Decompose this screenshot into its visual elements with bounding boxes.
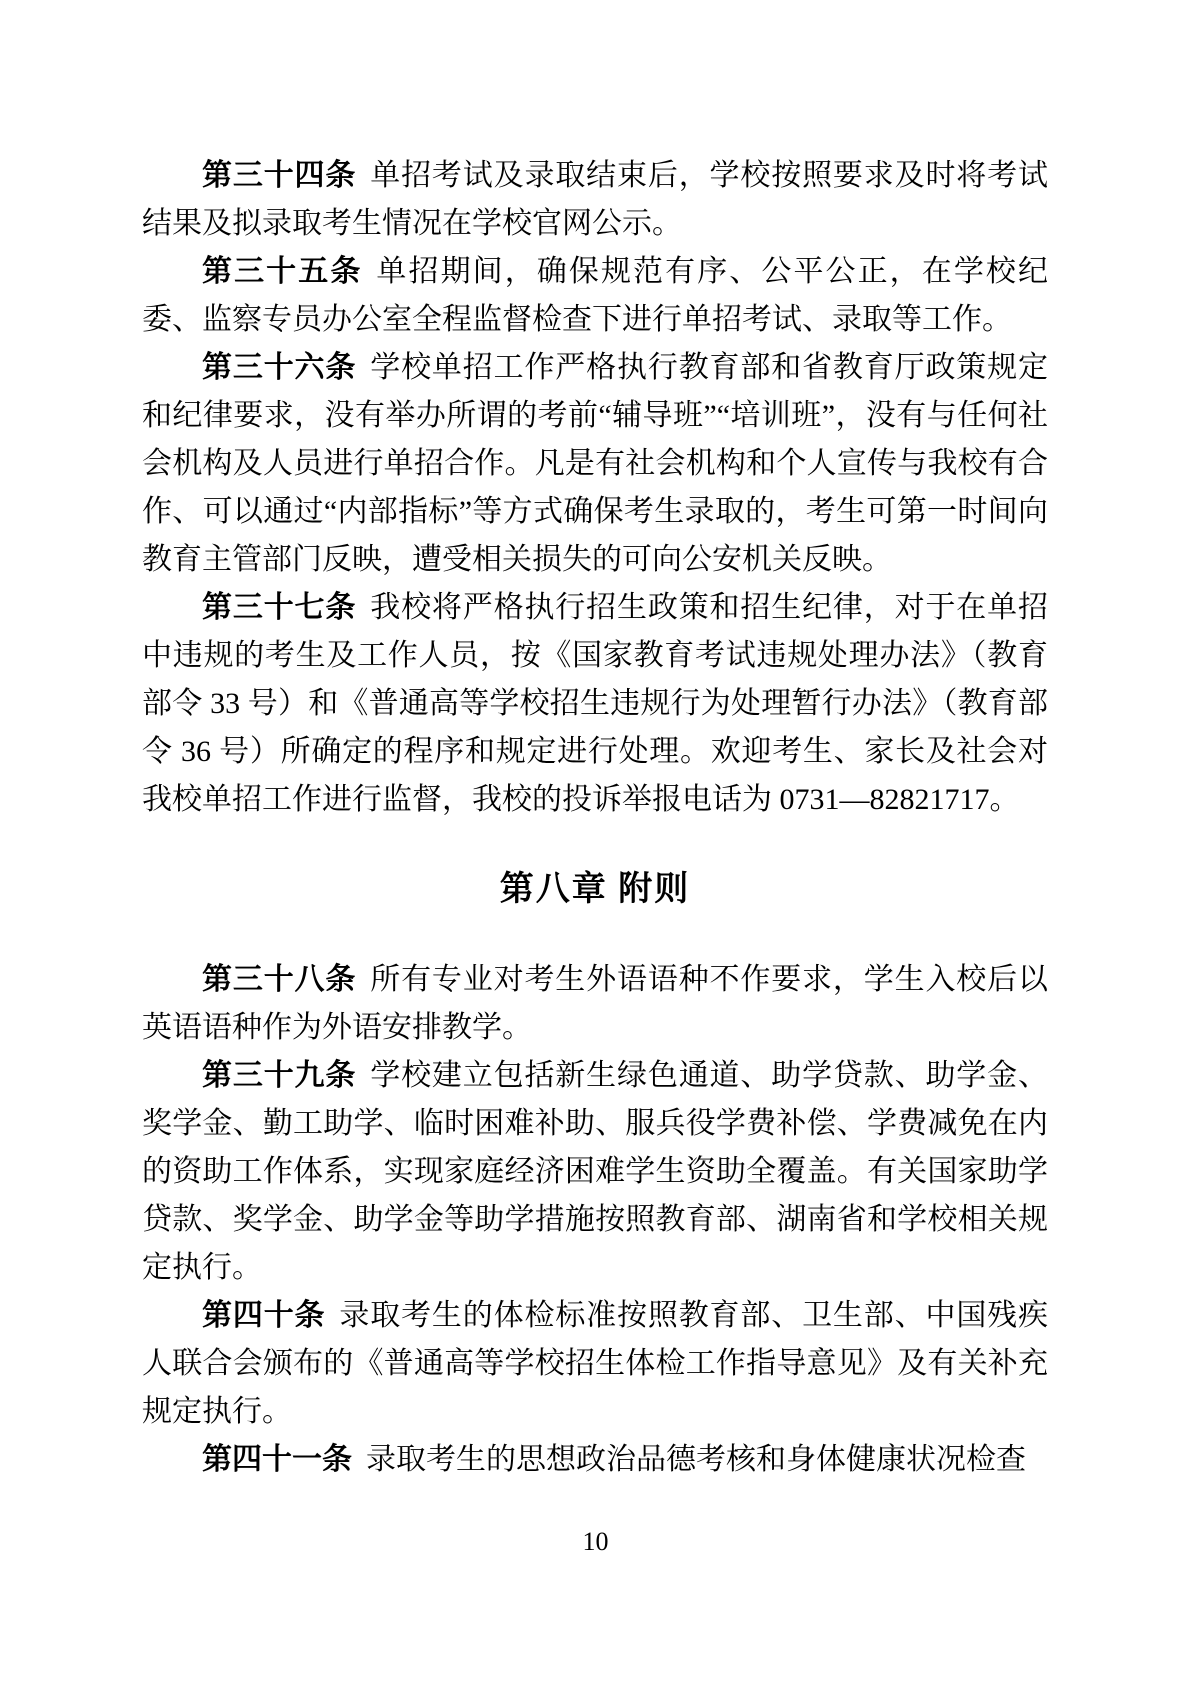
article-35-label: 第三十五条	[202, 255, 362, 288]
article-36-text: 学校单招工作严格执行教育部和省教育厅政策规定和纪律要求，没有举办所谓的考前“辅导…	[142, 351, 1048, 576]
article-39-paragraph: 第三十九条学校建立包括新生绿色通道、助学贷款、助学金、奖学金、勤工助学、临时困难…	[142, 1052, 1048, 1292]
article-36-paragraph: 第三十六条学校单招工作严格执行教育部和省教育厅政策规定和纪律要求，没有举办所谓的…	[142, 344, 1048, 584]
article-41-text: 录取考生的思想政治品德考核和身体健康状况检查	[366, 1443, 1026, 1476]
article-39-label: 第三十九条	[202, 1059, 356, 1092]
document-body: 第三十四条单招考试及录取结束后，学校按照要求及时将考试结果及拟录取考生情况在学校…	[142, 152, 1048, 1484]
article-37-text: 我校将严格执行招生政策和招生纪律，对于在单招中违规的考生及工作人员，按《国家教育…	[142, 591, 1048, 816]
article-37-paragraph: 第三十七条我校将严格执行招生政策和招生纪律，对于在单招中违规的考生及工作人员，按…	[142, 584, 1048, 824]
chapter-8-heading: 第八章 附则	[142, 864, 1048, 916]
article-38-label: 第三十八条	[202, 963, 356, 996]
article-41-paragraph: 第四十一条录取考生的思想政治品德考核和身体健康状况检查	[142, 1436, 1048, 1484]
page-number: 10	[0, 1526, 1191, 1558]
article-41-label: 第四十一条	[202, 1443, 352, 1476]
article-35-paragraph: 第三十五条单招期间，确保规范有序、公平公正，在学校纪委、监察专员办公室全程监督检…	[142, 248, 1048, 344]
article-40-label: 第四十条	[202, 1299, 325, 1332]
article-39-text: 学校建立包括新生绿色通道、助学贷款、助学金、奖学金、勤工助学、临时困难补助、服兵…	[142, 1059, 1048, 1284]
article-34-paragraph: 第三十四条单招考试及录取结束后，学校按照要求及时将考试结果及拟录取考生情况在学校…	[142, 152, 1048, 248]
article-36-label: 第三十六条	[202, 351, 356, 384]
article-34-label: 第三十四条	[202, 159, 356, 192]
article-40-paragraph: 第四十条录取考生的体检标准按照教育部、卫生部、中国残疾人联合会颁布的《普通高等学…	[142, 1292, 1048, 1436]
document-page: 第三十四条单招考试及录取结束后，学校按照要求及时将考试结果及拟录取考生情况在学校…	[0, 0, 1191, 1684]
article-38-paragraph: 第三十八条所有专业对考生外语语种不作要求，学生入校后以英语语种作为外语安排教学。	[142, 956, 1048, 1052]
article-37-label: 第三十七条	[202, 591, 356, 624]
